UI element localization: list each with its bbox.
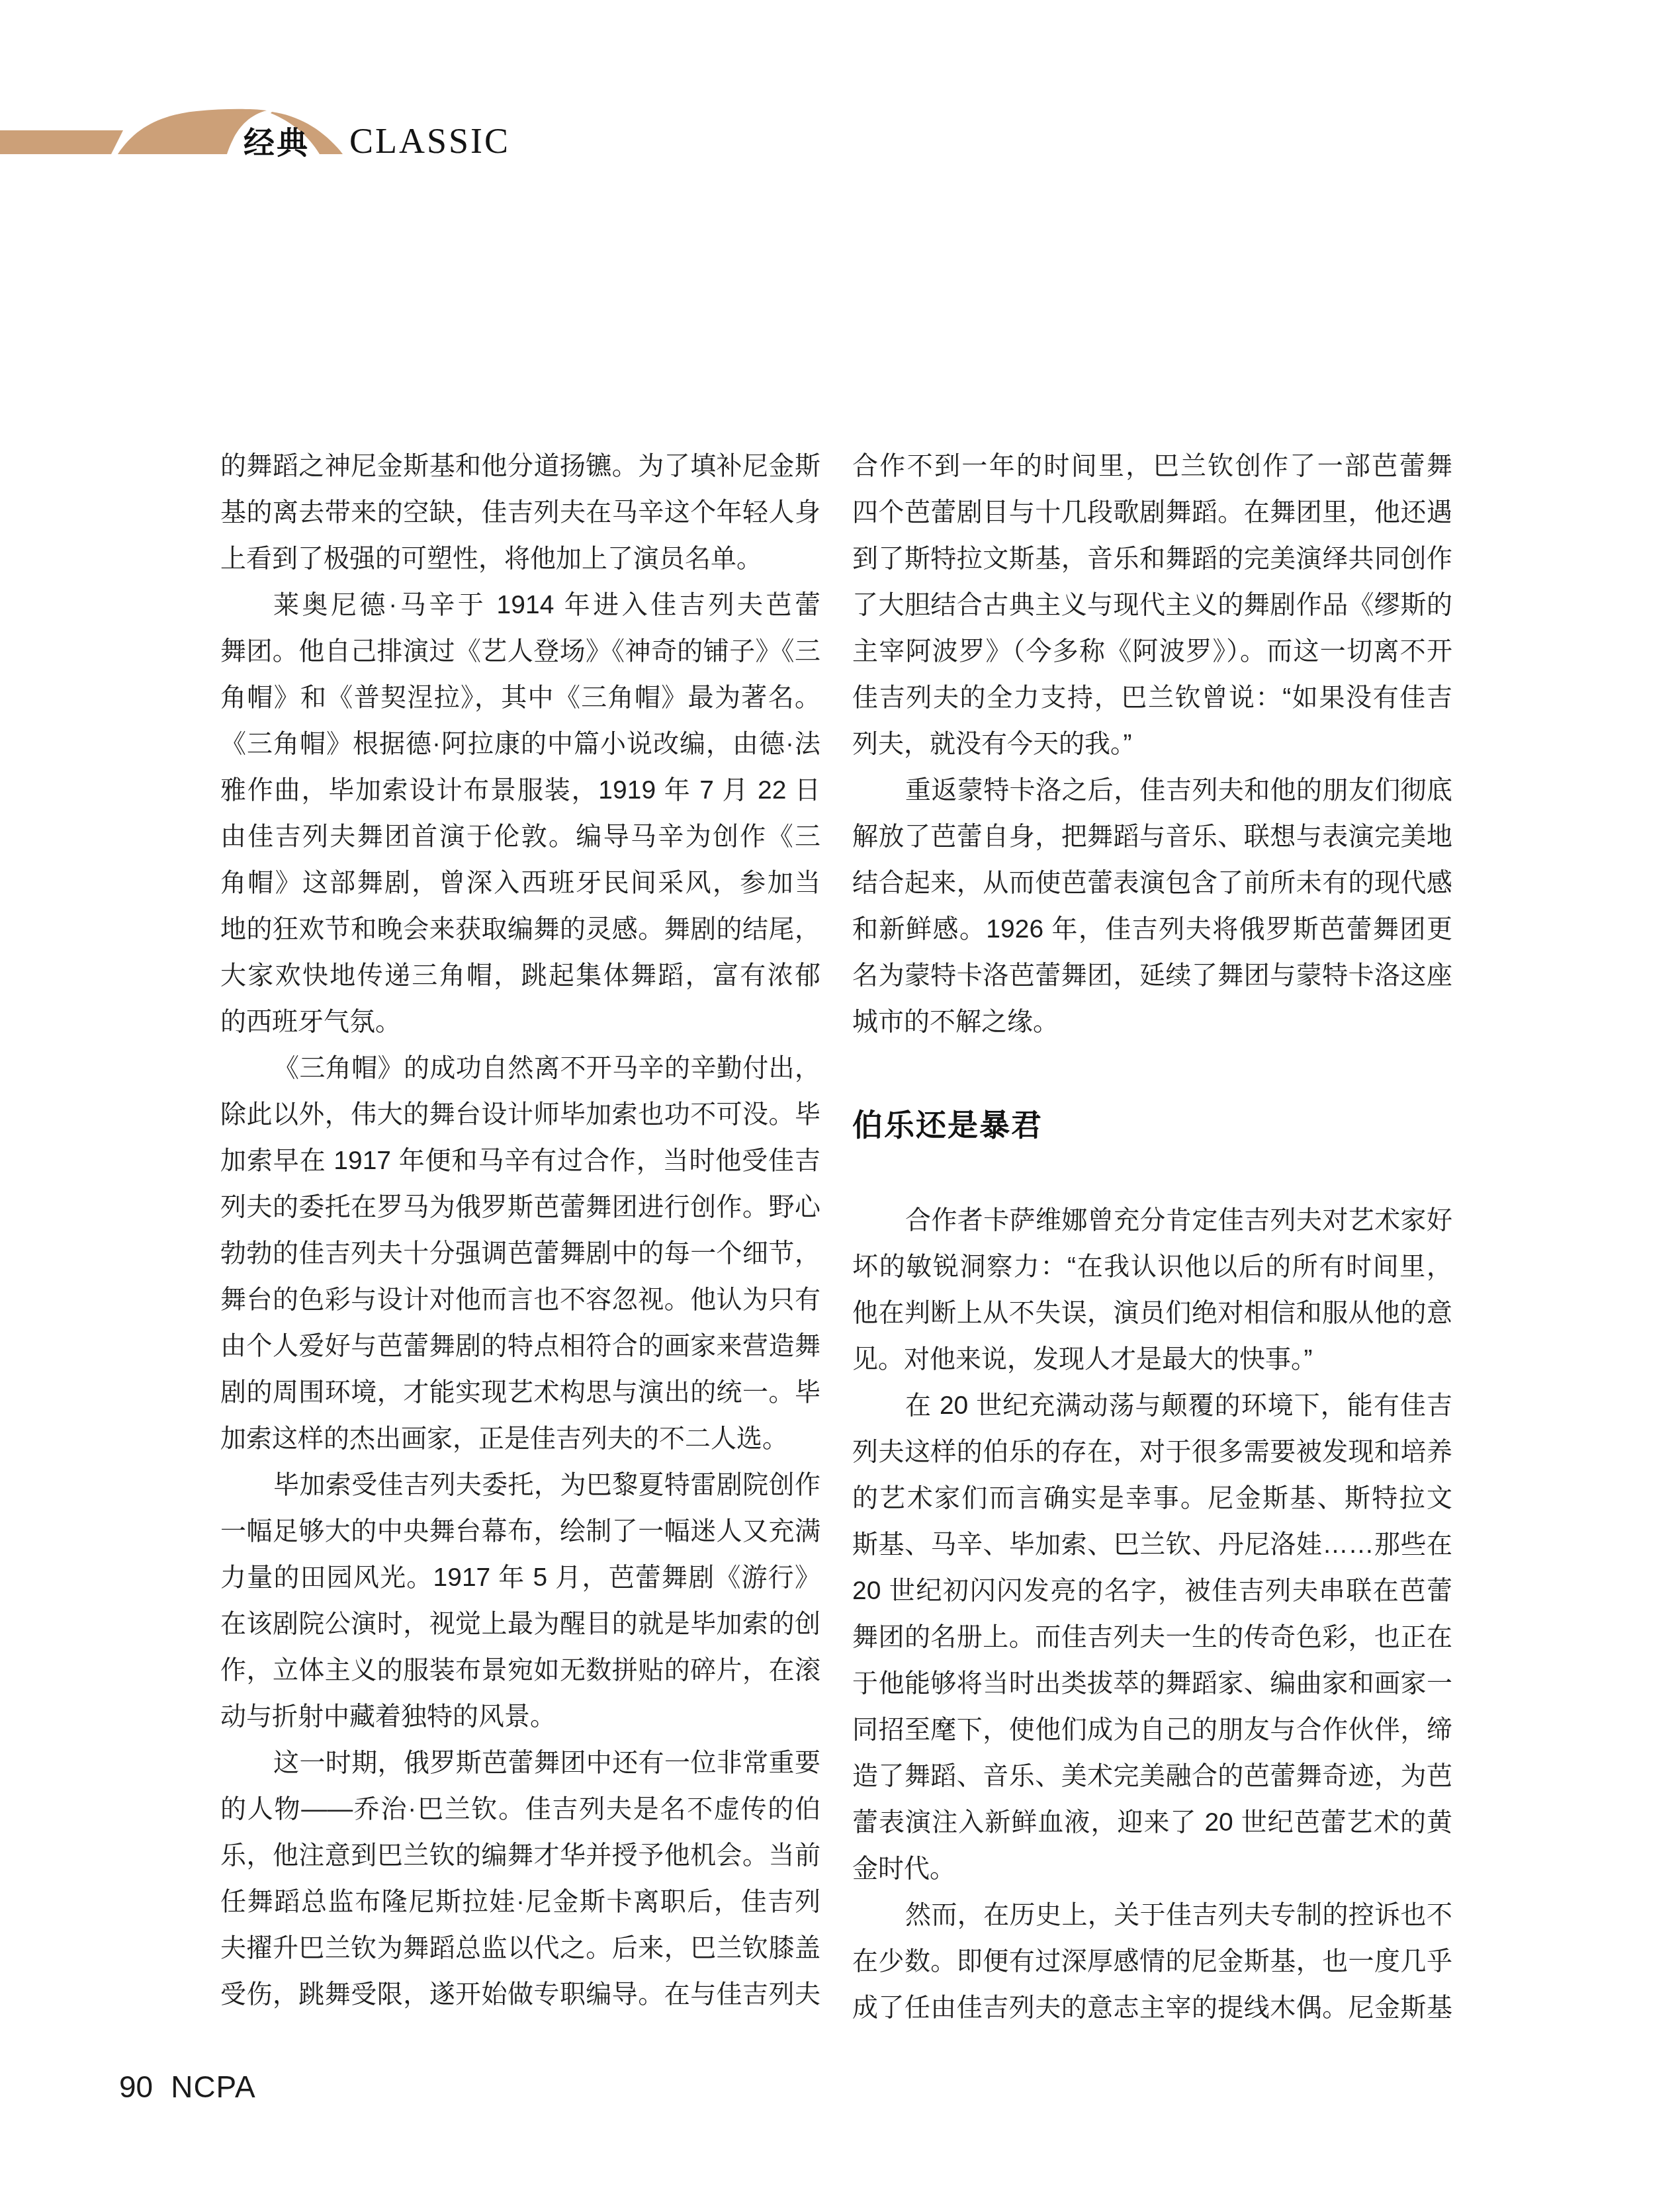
text-line: 舞团的名册上。而佳吉列夫一生的传奇色彩，也正在: [852, 1614, 1452, 1661]
text-line: 的人物——乔治·巴兰钦。佳吉列夫是名不虚传的伯: [220, 1786, 820, 1833]
text-line: 同招至麾下，使他们成为自己的朋友与合作伙伴，缔: [852, 1707, 1452, 1753]
text-line: 角帽》这部舞剧，曾深入西班牙民间采风，参加当: [220, 860, 820, 906]
magazine-page: 经典 CLASSIC 的舞蹈之神尼金斯基和他分道扬镳。为了填补尼金斯基的离去带来…: [0, 0, 1680, 2188]
text-line: 的舞蹈之神尼金斯基和他分道扬镳。为了填补尼金斯: [220, 443, 820, 490]
text-line: 莱奥尼德·马辛于 1914 年进入佳吉列夫芭蕾: [220, 582, 820, 629]
text-line: 一幅足够大的中央舞台幕布，绘制了一幅迷人又充满: [220, 1509, 820, 1555]
text-line: 勃勃的佳吉列夫十分强调芭蕾舞剧中的每一个细节，: [220, 1231, 820, 1277]
text-line: 上看到了极强的可塑性，将他加上了演员名单。: [220, 536, 820, 582]
text-line: 合作者卡萨维娜曾充分肯定佳吉列夫对艺术家好: [852, 1198, 1452, 1244]
text-line: 解放了芭蕾自身，把舞蹈与音乐、联想与表演完美地: [852, 814, 1452, 860]
section-label-cn: 经典: [243, 127, 310, 159]
text-line: 他在判断上从不失误，演员们绝对相信和服从他的意: [852, 1290, 1452, 1336]
page-number: 90: [119, 2070, 153, 2104]
text-line: 到了斯特拉文斯基，音乐和舞蹈的完美演绎共同创作: [852, 536, 1452, 582]
text-line: 作，立体主义的服装布景宛如无数拼贴的碎片，在滚: [220, 1647, 820, 1694]
text-line: 和新鲜感。1926 年，佳吉列夫将俄罗斯芭蕾舞团更: [852, 906, 1452, 953]
text-line: 动与折射中藏着独特的风景。: [220, 1694, 820, 1740]
text-line: 由个人爱好与芭蕾舞剧的特点相符合的画家来营造舞: [220, 1323, 820, 1370]
text-line: 在 20 世纪充满动荡与颠覆的环境下，能有佳吉: [852, 1383, 1452, 1429]
text-line: 金时代。: [852, 1846, 1452, 1892]
text-line: 佳吉列夫的全力支持，巴兰钦曾说：“如果没有佳吉: [852, 675, 1452, 721]
text-line: 毕加索受佳吉列夫委托，为巴黎夏特雷剧院创作: [220, 1462, 820, 1509]
text-line: 结合起来，从而使芭蕾表演包含了前所未有的现代感: [852, 860, 1452, 906]
text-line: 《三角帽》的成功自然离不开马辛的辛勤付出，: [220, 1045, 820, 1092]
text-line: 然而，在历史上，关于佳吉列夫专制的控诉也不: [852, 1892, 1452, 1939]
text-line: 重返蒙特卡洛之后，佳吉列夫和他的朋友们彻底: [852, 767, 1452, 814]
text-line: 《三角帽》根据德·阿拉康的中篇小说改编，由德·法: [220, 721, 820, 767]
text-line: 乐，他注意到巴兰钦的编舞才华并授予他机会。当前: [220, 1833, 820, 1879]
text-line: 雅作曲，毕加索设计布景服装，1919 年 7 月 22 日: [220, 767, 820, 814]
text-line: 造了舞蹈、音乐、美术完美融合的芭蕾舞奇迹，为芭: [852, 1753, 1452, 1800]
text-line: 由佳吉列夫舞团首演于伦敦。编导马辛为创作《三: [220, 814, 820, 860]
text-line: 的西班牙气氛。: [220, 999, 820, 1045]
text-line: 列夫这样的伯乐的存在，对于很多需要被发现和培养: [852, 1429, 1452, 1475]
article-right-column: 合作不到一年的时间里，巴兰钦创作了一部芭蕾舞剧、四个芭蕾剧目与十几段歌剧舞蹈。在…: [852, 443, 1452, 2031]
text-line: 剧的周围环境，才能实现艺术构思与演出的统一。毕: [220, 1370, 820, 1416]
text-line: 列夫的委托在罗马为俄罗斯芭蕾舞团进行创作。野心: [220, 1184, 820, 1231]
text-line: 加索早在 1917 年便和马辛有过合作，当时他受佳吉: [220, 1138, 820, 1184]
text-line: 见。对他来说，发现人才是最大的快事。”: [852, 1336, 1452, 1383]
text-line: 舞台的色彩与设计对他而言也不容忽视。他认为只有: [220, 1277, 820, 1323]
text-line: 在该剧院公演时，视觉上最为醒目的就是毕加索的创: [220, 1601, 820, 1647]
text-line: 成了任由佳吉列夫的意志主宰的提线木偶。尼金斯基: [852, 1985, 1452, 2031]
section-label-en: CLASSIC: [349, 124, 510, 157]
text-line: 20 世纪初闪闪发亮的名字，被佳吉列夫串联在芭蕾: [852, 1568, 1452, 1614]
section-heading: 伯乐还是暴君: [852, 1102, 1452, 1148]
text-line: 大家欢快地传递三角帽，跳起集体舞蹈，富有浓郁: [220, 953, 820, 999]
text-line: 夫擢升巴兰钦为舞蹈总监以代之。后来，巴兰钦膝盖: [220, 1925, 820, 1972]
text-line: 斯基、马辛、毕加索、巴兰钦、丹尼洛娃……那些在: [852, 1522, 1452, 1568]
text-line: 主宰阿波罗》（今多称《阿波罗》）。而这一切离不开: [852, 629, 1452, 675]
text-line: 加索这样的杰出画家，正是佳吉列夫的不二人选。: [220, 1416, 820, 1462]
text-line: 受伤，跳舞受限，遂开始做专职编导。在与佳吉列夫: [220, 1972, 820, 2018]
text-line: 合作不到一年的时间里，巴兰钦创作了一部芭蕾舞剧、: [852, 443, 1452, 490]
text-line: 除此以外，伟大的舞台设计师毕加索也功不可没。毕: [220, 1092, 820, 1138]
text-line: 四个芭蕾剧目与十几段歌剧舞蹈。在舞团里，他还遇: [852, 490, 1452, 536]
page-footer: 90 NCPA: [119, 2070, 256, 2104]
text-line: 了大胆结合古典主义与现代主义的舞剧作品《缪斯的: [852, 582, 1452, 629]
text-line: 角帽》和《普契涅拉》，其中《三角帽》最为著名。: [220, 675, 820, 721]
text-line: 城市的不解之缘。: [852, 999, 1452, 1045]
article-left-column: 的舞蹈之神尼金斯基和他分道扬镳。为了填补尼金斯基的离去带来的空缺，佳吉列夫在马辛…: [220, 443, 820, 2018]
text-line: 于他能够将当时出类拔萃的舞蹈家、编曲家和画家一: [852, 1661, 1452, 1707]
text-line: 的艺术家们而言确实是幸事。尼金斯基、斯特拉文: [852, 1475, 1452, 1522]
text-line: 舞团。他自己排演过《艺人登场》《神奇的铺子》《三: [220, 629, 820, 675]
text-line: 地的狂欢节和晚会来获取编舞的灵感。舞剧的结尾，: [220, 906, 820, 953]
text-line: 基的离去带来的空缺，佳吉列夫在马辛这个年轻人身: [220, 490, 820, 536]
text-line: 名为蒙特卡洛芭蕾舞团，延续了舞团与蒙特卡洛这座: [852, 953, 1452, 999]
text-line: 列夫，就没有今天的我。”: [852, 721, 1452, 767]
text-line: 在少数。即便有过深厚感情的尼金斯基，也一度几乎: [852, 1939, 1452, 1985]
text-line: 任舞蹈总监布隆尼斯拉娃·尼金斯卡离职后，佳吉列: [220, 1879, 820, 1925]
text-line: 蕾表演注入新鲜血液，迎来了 20 世纪芭蕾艺术的黄: [852, 1800, 1452, 1846]
text-line: 坏的敏锐洞察力：“在我认识他以后的所有时间里，: [852, 1244, 1452, 1290]
text-line: 这一时期，俄罗斯芭蕾舞团中还有一位非常重要: [220, 1740, 820, 1786]
text-line: 力量的田园风光。1917 年 5 月，芭蕾舞剧《游行》: [220, 1555, 820, 1601]
magazine-brand: NCPA: [171, 2070, 255, 2104]
